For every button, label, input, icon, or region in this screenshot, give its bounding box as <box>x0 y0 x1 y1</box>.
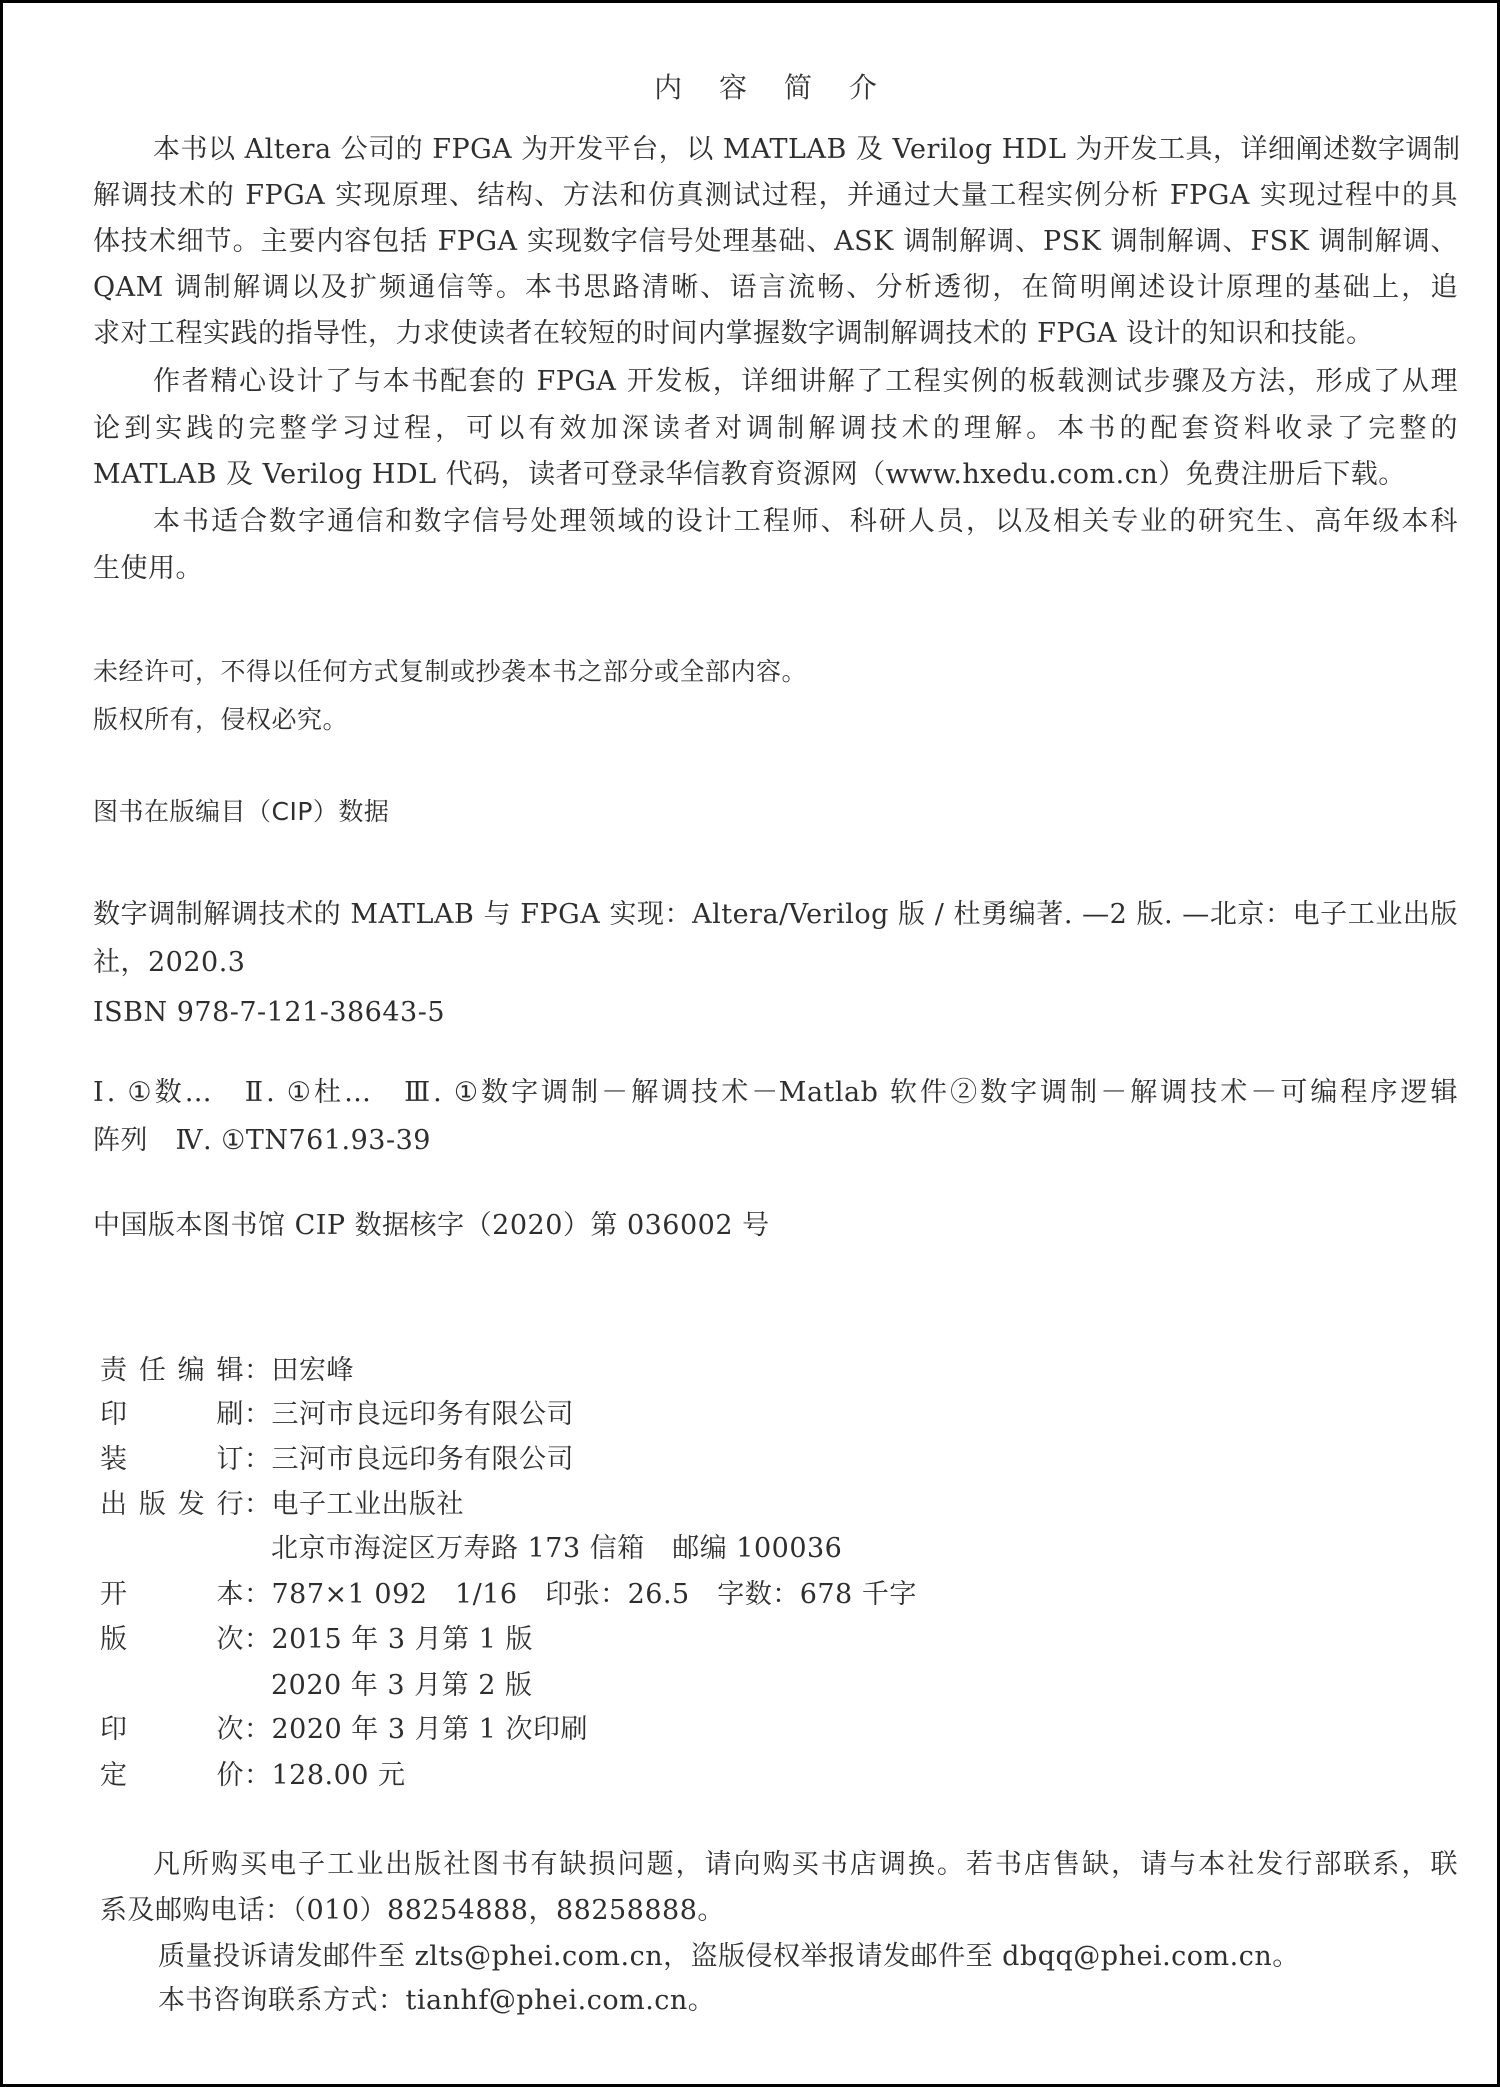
rights-reserved: 版权所有，侵权必究。 <box>93 704 348 736</box>
intro-p2-line3: MATLAB 及 Verilog HDL 代码，读者可登录华信教育资源网（www… <box>93 459 1406 491</box>
cip-isbn: ISBN 978-7-121-38643-5 <box>93 997 445 1029</box>
footer-complaint-emails: 质量投诉请发邮件至 zlts@phei.com.cn，盗版侵权举报请发邮件至 d… <box>158 1941 1300 1973</box>
footer-phone: 系及邮购电话：（010）88254888，88258888。 <box>100 1895 725 1927</box>
publisher-label: 出版发行 <box>100 1489 244 1521</box>
intro-p1-line3: 体技术细节。主要内容包括 FPGA 实现数字信号处理基础、ASK 调制解调、PS… <box>93 226 1458 258</box>
publisher-value: 电子工业出版社 <box>272 1489 465 1520</box>
price-label: 定价 <box>100 1760 244 1792</box>
imprint-impression: 印次：2020 年 3 月第 1 次印刷 <box>100 1714 588 1746</box>
imprint-printing: 印刷：三河市良远印务有限公司 <box>100 1399 574 1431</box>
impression-label: 印次 <box>100 1714 244 1746</box>
cip-classification-line2: 阵列 Ⅳ. ①TN761.93-39 <box>93 1125 431 1157</box>
cip-number: 中国版本图书馆 CIP 数据核字（2020）第 036002 号 <box>93 1210 770 1242</box>
cip-heading: 图书在版编目（CIP）数据 <box>93 796 389 828</box>
price-value: 128.00 元 <box>272 1760 406 1791</box>
printing-label: 印刷 <box>100 1399 244 1431</box>
intro-p3-line1: 本书适合数字通信和数字信号处理领域的设计工程师、科研人员，以及相关专业的研究生、… <box>93 506 1458 538</box>
impression-value: 2020 年 3 月第 1 次印刷 <box>272 1714 588 1745</box>
publisher-address: 北京市海淀区万寿路 173 信箱 邮编 100036 <box>244 1533 842 1565</box>
footer-contact-email: 本书咨询联系方式：tianhf@phei.com.cn。 <box>158 1985 715 2017</box>
binding-label: 装订 <box>100 1444 244 1476</box>
intro-p1-line2: 解调技术的 FPGA 实现原理、结构、方法和仿真测试过程，并通过大量工程实例分析… <box>93 180 1458 212</box>
printing-value: 三河市良远印务有限公司 <box>272 1399 575 1430</box>
imprint-binding: 装订：三河市良远印务有限公司 <box>100 1444 574 1476</box>
binding-value: 三河市良远印务有限公司 <box>272 1444 575 1475</box>
format-value: 787×1 092 1/16 印张：26.5 字数：678 千字 <box>272 1579 917 1610</box>
intro-p1-line4: QAM 调制解调以及扩频通信等。本书思路清晰、语言流畅、分析透彻，在简明阐述设计… <box>93 272 1458 304</box>
imprint-format: 开本：787×1 092 1/16 印张：26.5 字数：678 千字 <box>100 1579 917 1611</box>
colon: ： <box>244 1355 272 1386</box>
editor-value: 田宏峰 <box>272 1355 355 1386</box>
editor-label: 责任编辑 <box>100 1355 244 1387</box>
imprint-edition: 版次：2015 年 3 月第 1 版 <box>100 1624 533 1656</box>
intro-p2-line1: 作者精心设计了与本书配套的 FPGA 开发板，详细讲解了工程实例的板载测试步骤及… <box>93 366 1458 398</box>
intro-p3-line2: 生使用。 <box>93 553 203 585</box>
imprint-price: 定价：128.00 元 <box>100 1760 406 1792</box>
intro-p2-line2: 论到实践的完整学习过程，可以有效加深读者对调制解调技术的理解。本书的配套资料收录… <box>93 413 1458 445</box>
edition-label: 版次 <box>100 1624 244 1656</box>
edition-value: 2015 年 3 月第 1 版 <box>272 1624 533 1655</box>
footer-line1: 凡所购买电子工业出版社图书有缺损问题，请向购买书店调换。若书店售缺，请与本社发行… <box>93 1849 1458 1881</box>
intro-p1-line5: 求对工程实践的指导性，力求使读者在较短的时间内掌握数字调制解调技术的 FPGA … <box>93 318 1374 350</box>
cip-title-line2: 社，2020.3 <box>93 947 245 979</box>
format-label: 开本 <box>100 1579 244 1611</box>
intro-p1-line1: 本书以 Altera 公司的 FPGA 为开发平台，以 MATLAB 及 Ver… <box>93 134 1458 166</box>
imprint-publisher: 出版发行：电子工业出版社 <box>100 1489 464 1521</box>
imprint-editor: 责任编辑：田宏峰 <box>100 1355 354 1387</box>
cip-title-line1: 数字调制解调技术的 MATLAB 与 FPGA 实现：Altera/Verilo… <box>93 899 1458 931</box>
copyright-notice: 未经许可，不得以任何方式复制或抄袭本书之部分或全部内容。 <box>93 656 807 688</box>
cip-classification-line1: Ⅰ. ①数… Ⅱ. ①杜… Ⅲ. ①数字调制－解调技术－Matlab 软件②数字… <box>93 1077 1458 1109</box>
edition-value-2: 2020 年 3 月第 2 版 <box>244 1670 532 1702</box>
page-title: 内 容 简 介 <box>0 66 1500 106</box>
